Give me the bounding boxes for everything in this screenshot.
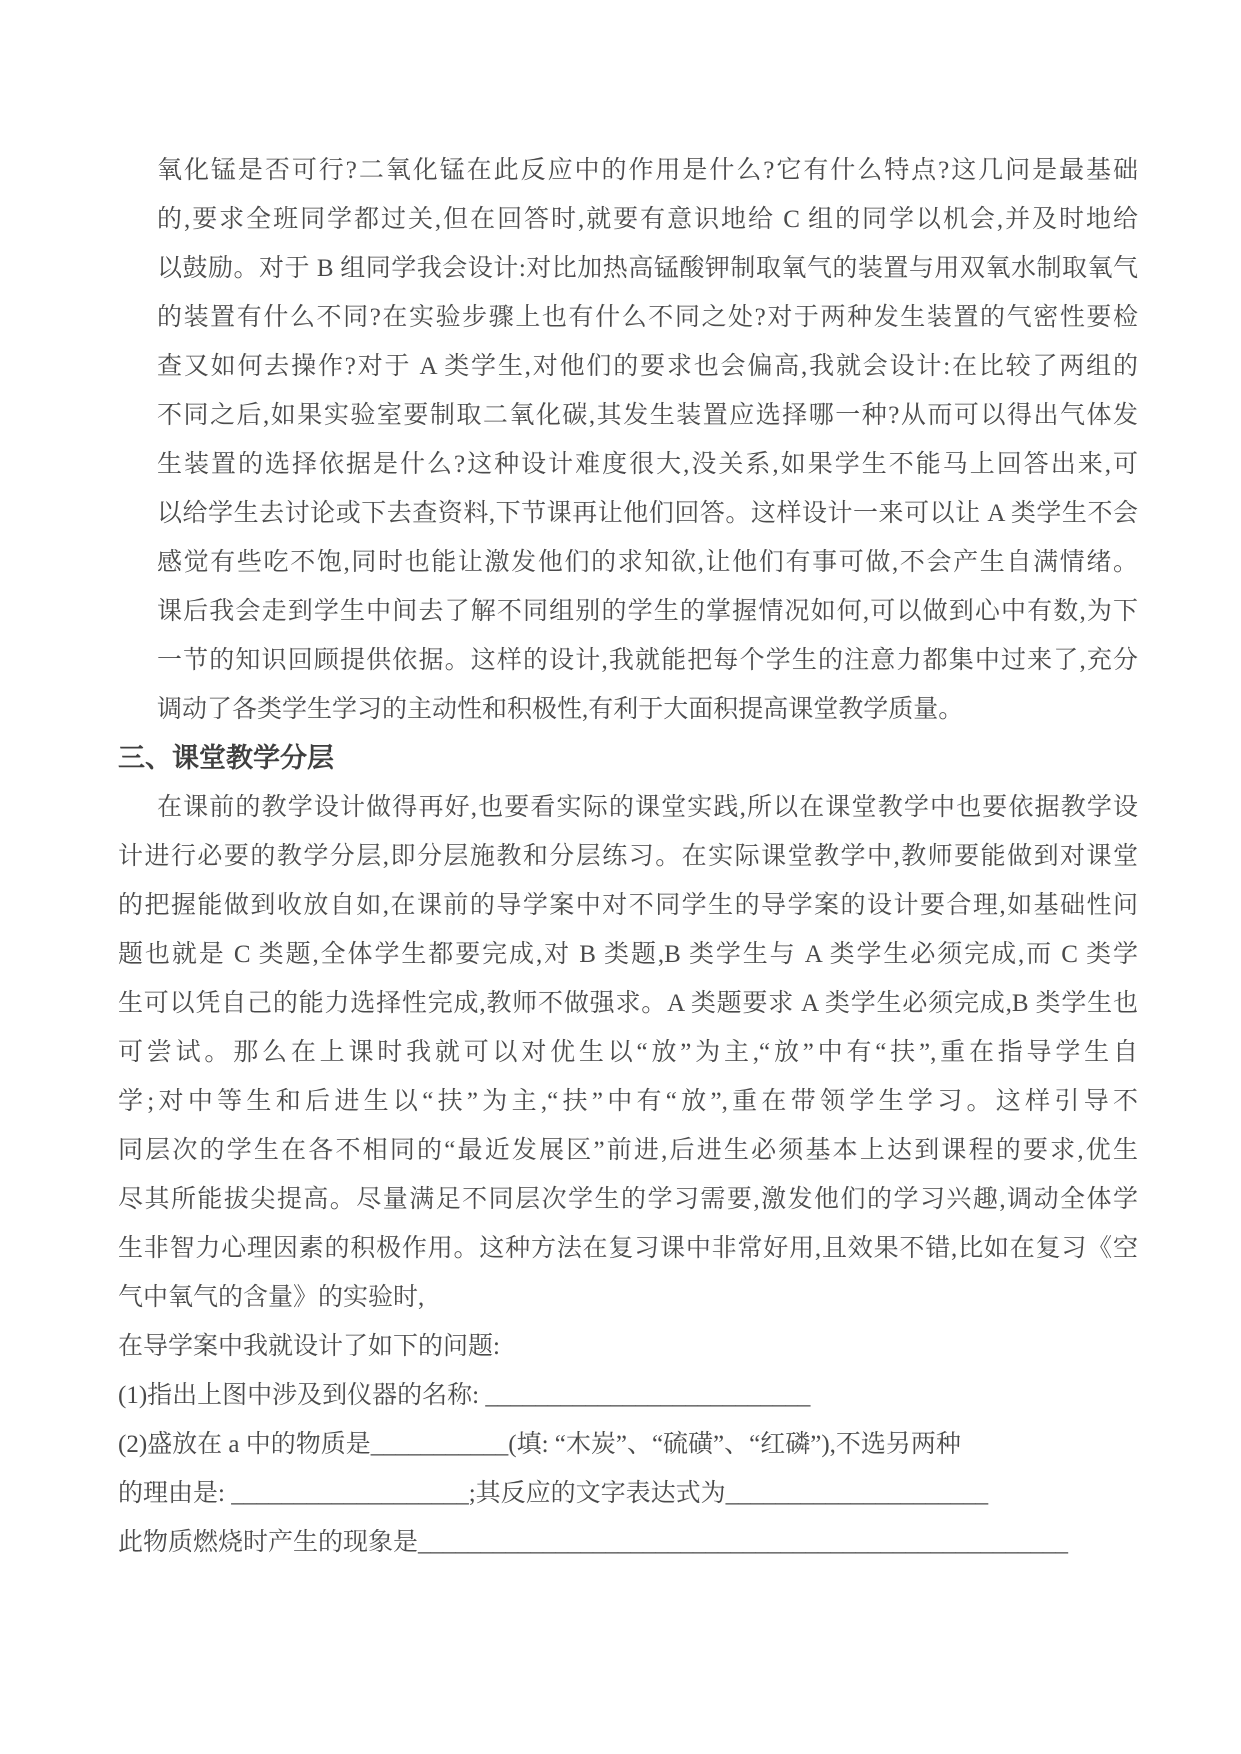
- text-line: 的装置有什么不同?在实验步骤上也有什么不同之处?对于两种发生装置的气密性要检: [157, 293, 1138, 342]
- paragraph-continued-answer: 氧化锰是否可行?二氧化锰在此反应中的作用是什么?它有什么特点?这几问是最基础的,…: [157, 146, 1138, 734]
- text-line: 学;对中等生和后进生以“扶”为主,“扶”中有“放”,重在带领学生学习。这样引导不: [118, 1077, 1138, 1126]
- text-line: 课后我会走到学生中间去了解不同组别的学生的掌握情况如何,可以做到心中有数,为下: [157, 587, 1138, 636]
- text-line: 气中氧气的含量》的实验时,: [118, 1273, 1138, 1322]
- text-line: 同层次的学生在各不相同的“最近发展区”前进,后进生必须基本上达到课程的要求,优生: [118, 1126, 1138, 1175]
- text-line: 生非智力心理因素的积极作用。这种方法在复习课中非常好用,且效果不错,比如在复习《…: [118, 1224, 1138, 1273]
- document-page: 氧化锰是否可行?二氧化锰在此反应中的作用是什么?它有什么特点?这几问是最基础的,…: [0, 0, 1241, 1754]
- text-line: 尽其所能拔尖提高。尽量满足不同层次学生的学习需要,激发他们的学习兴趣,调动全体学: [118, 1175, 1138, 1224]
- text-line: 可尝试。那么在上课时我就可以对优生以“放”为主,“放”中有“扶”,重在指导学生自: [118, 1028, 1138, 1077]
- text-line: 感觉有些吃不饱,同时也能让激发他们的求知欲,让他们有事可做,不会产生自满情绪。: [157, 538, 1138, 587]
- paragraph-classroom-layering: 在课前的教学设计做得再好,也要看实际的课堂实践,所以在课堂教学中也要依据教学设计…: [118, 783, 1138, 1322]
- line-questions-intro: 在导学案中我就设计了如下的问题:: [118, 1322, 1138, 1371]
- text-line: 查又如何去操作?对于 A 类学生,对他们的要求也会偏高,我就会设计:在比较了两组…: [157, 342, 1138, 391]
- text-line: 氧化锰是否可行?二氧化锰在此反应中的作用是什么?它有什么特点?这几问是最基础: [157, 146, 1138, 195]
- section-heading-layered-teaching: 三、课堂教学分层: [118, 734, 1138, 783]
- text-line: 的,要求全班同学都过关,但在回答时,就要有意识地给 C 组的同学以机会,并及时地…: [157, 195, 1138, 244]
- text-line: 一节的知识回顾提供依据。这样的设计,我就能把每个学生的注意力都集中过来了,充分: [157, 636, 1138, 685]
- question-1-line: (1)指出上图中涉及到仪器的名称: ______________________…: [118, 1371, 1138, 1420]
- document-content: 氧化锰是否可行?二氧化锰在此反应中的作用是什么?它有什么特点?这几问是最基础的,…: [118, 146, 1138, 1567]
- text-line: 不同之后,如果实验室要制取二氧化碳,其发生装置应选择哪一种?从而可以得出气体发: [157, 391, 1138, 440]
- text-line: 以鼓励。对于 B 组同学我会设计:对比加热高锰酸钾制取氧气的装置与用双氧水制取氧…: [157, 244, 1138, 293]
- text-line: 题也就是 C 类题,全体学生都要完成,对 B 类题,B 类学生与 A 类学生必须…: [118, 930, 1138, 979]
- text-line: 生可以凭自己的能力选择性完成,教师不做强求。A 类题要求 A 类学生必须完成,B…: [118, 979, 1138, 1028]
- text-line: 在课前的教学设计做得再好,也要看实际的课堂实践,所以在课堂教学中也要依据教学设: [118, 783, 1138, 832]
- text-line: 生装置的选择依据是什么?这种设计难度很大,没关系,如果学生不能马上回答出来,可: [157, 440, 1138, 489]
- question-2-phenomenon-line: 此物质燃烧时产生的现象是____________________________…: [118, 1518, 1138, 1567]
- question-2-reason-line: 的理由是: ___________________;其反应的文字表达式为____…: [118, 1469, 1138, 1518]
- text-line: 的把握能做到收放自如,在课前的导学案中对不同学生的导学案的设计要合理,如基础性问: [118, 881, 1138, 930]
- question-2-line: (2)盛放在 a 中的物质是___________(填: “木炭”、“硫磺”、“…: [118, 1420, 1138, 1469]
- text-line: 以给学生去讨论或下去查资料,下节课再让他们回答。这样设计一来可以让 A 类学生不…: [157, 489, 1138, 538]
- text-line: 计进行必要的教学分层,即分层施教和分层练习。在实际课堂教学中,教师要能做到对课堂: [118, 832, 1138, 881]
- text-line: 调动了各类学生学习的主动性和积极性,有利于大面积提高课堂教学质量。: [157, 685, 1138, 734]
